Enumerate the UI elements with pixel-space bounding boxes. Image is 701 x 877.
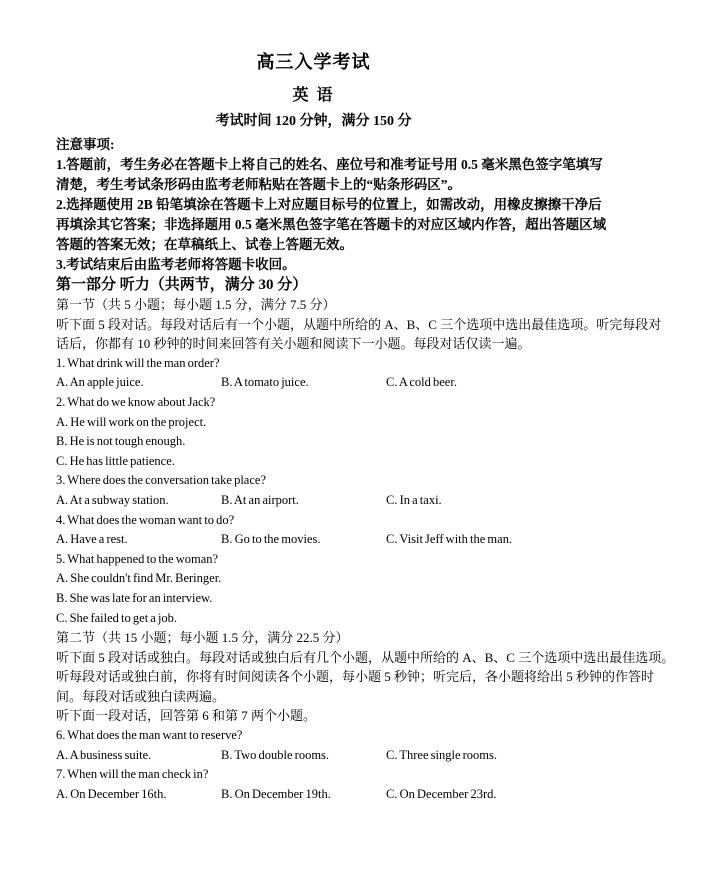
section2-heading: 第二节（共 15 小题；每小题 1.5 分，满分 22.5 分） — [56, 628, 651, 648]
options-row: A. A business suite. B. Two double rooms… — [56, 746, 651, 766]
part1-listening: 第一部分 听力（共两节，满分 30 分） 第一节（共 5 小题；每小题 1.5 … — [56, 275, 651, 804]
option-c: C. Three single rooms. — [386, 746, 651, 766]
paper-header: 高三入学考试 英 语 考试时间 120 分钟，满分 150 分 — [56, 50, 571, 131]
question-text: 4. What does the woman want to do? — [56, 511, 651, 531]
dialog-note: 听下面一段对话，回答第 6 和第 7 两个小题。 — [56, 706, 651, 726]
section2-instruction-line: 听每段对话或独白前，你将有时间阅读各个小题，每小题 5 秒钟；听完后，各小题将给… — [56, 667, 651, 687]
question-text: 3. Where does the conversation take plac… — [56, 471, 651, 491]
section1-heading: 第一节（共 5 小题；每小题 1.5 分，满分 7.5 分） — [56, 295, 651, 315]
question-text: 1. What drink will the man order? — [56, 354, 651, 374]
option-c: C. She failed to get a job. — [56, 609, 651, 629]
question-6: 6. What does the man want to reserve? A.… — [56, 726, 651, 765]
question-2: 2. What do we know about Jack? A. He wil… — [56, 393, 651, 471]
question-4: 4. What does the woman want to do? A. Ha… — [56, 511, 651, 550]
notice-line: 1.答题前，考生务必在答题卡上将自己的姓名、座位号和准考证号用 0.5 毫米黑色… — [56, 155, 651, 175]
exam-info: 考试时间 120 分钟，满分 150 分 — [56, 113, 571, 131]
option-b: B. At an airport. — [221, 491, 386, 511]
question-3: 3. Where does the conversation take plac… — [56, 471, 651, 510]
option-a: A. He will work on the project. — [56, 413, 651, 433]
notice-line: 再填涂其它答案；非选择题用 0.5 毫米黑色签字笔在答题卡的对应区域内作答，超出… — [56, 215, 651, 235]
option-b: B. He is not tough enough. — [56, 432, 651, 452]
option-a: A. At a subway station. — [56, 491, 221, 511]
option-b: B. Two double rooms. — [221, 746, 386, 766]
section2: 第二节（共 15 小题；每小题 1.5 分，满分 22.5 分） 听下面 5 段… — [56, 628, 651, 804]
option-a: A. She couldn't find Mr. Beringer. — [56, 569, 651, 589]
question-text: 6. What does the man want to reserve? — [56, 726, 651, 746]
question-5: 5. What happened to the woman? A. She co… — [56, 550, 651, 628]
question-text: 7. When will the man check in? — [56, 765, 651, 785]
exam-paper-page: 高三入学考试 英 语 考试时间 120 分钟，满分 150 分 注意事项: 1.… — [0, 0, 701, 877]
section1: 第一节（共 5 小题；每小题 1.5 分，满分 7.5 分） 听下面 5 段对话… — [56, 295, 651, 628]
notice-line: 清楚，考生考试条形码由监考老师粘贴在答题卡上的“贴条形码区”。 — [56, 175, 651, 195]
options-row: A. At a subway station. B. At an airport… — [56, 491, 651, 511]
section1-instruction-line: 听下面 5 段对话。每段对话后有一个小题，从题中所给的 A、B、C 三个选项中选… — [56, 315, 651, 335]
question-text: 5. What happened to the woman? — [56, 550, 651, 570]
option-c: C. In a taxi. — [386, 491, 651, 511]
option-c: C. A cold beer. — [386, 373, 651, 393]
option-a: A. A business suite. — [56, 746, 221, 766]
options-row: A. On December 16th. B. On December 19th… — [56, 785, 651, 805]
option-b: B. Go to the movies. — [221, 530, 386, 550]
option-b: B. A tomato juice. — [221, 373, 386, 393]
option-b: B. She was late for an interview. — [56, 589, 651, 609]
question-7: 7. When will the man check in? A. On Dec… — [56, 765, 651, 804]
exam-title: 高三入学考试 — [56, 50, 571, 74]
question-text: 2. What do we know about Jack? — [56, 393, 651, 413]
section2-instruction-line: 听下面 5 段对话或独白。每段对话或独白后有几个小题，从题中所给的 A、B、C … — [56, 648, 651, 668]
option-c: C. On December 23rd. — [386, 785, 651, 805]
options-row: A. An apple juice. B. A tomato juice. C.… — [56, 373, 651, 393]
question-1: 1. What drink will the man order? A. An … — [56, 354, 651, 393]
option-b: B. On December 19th. — [221, 785, 386, 805]
option-a: A. Have a rest. — [56, 530, 221, 550]
option-a: A. An apple juice. — [56, 373, 221, 393]
notice-line: 答题的答案无效；在草稿纸上、试卷上答题无效。 — [56, 235, 651, 255]
option-a: A. On December 16th. — [56, 785, 221, 805]
notice-line: 3.考试结束后由监考老师将答题卡收回。 — [56, 255, 651, 275]
notices-heading: 注意事项: — [56, 135, 651, 155]
section2-instruction-line: 间。每段对话或独白读两遍。 — [56, 687, 651, 707]
notices-section: 注意事项: 1.答题前，考生务必在答题卡上将自己的姓名、座位号和准考证号用 0.… — [56, 135, 651, 275]
subject-title: 英 语 — [56, 86, 571, 106]
part1-heading: 第一部分 听力（共两节，满分 30 分） — [56, 275, 651, 295]
options-row: A. Have a rest. B. Go to the movies. C. … — [56, 530, 651, 550]
notice-line: 2.选择题使用 2B 铅笔填涂在答题卡上对应题目标号的位置上，如需改动，用橡皮擦… — [56, 195, 651, 215]
option-c: C. Visit Jeff with the man. — [386, 530, 651, 550]
option-c: C. He has little patience. — [56, 452, 651, 472]
section1-instruction-line: 话后，你都有 10 秒钟的时间来回答有关小题和阅读下一小题。每段对话仅读一遍。 — [56, 334, 651, 354]
